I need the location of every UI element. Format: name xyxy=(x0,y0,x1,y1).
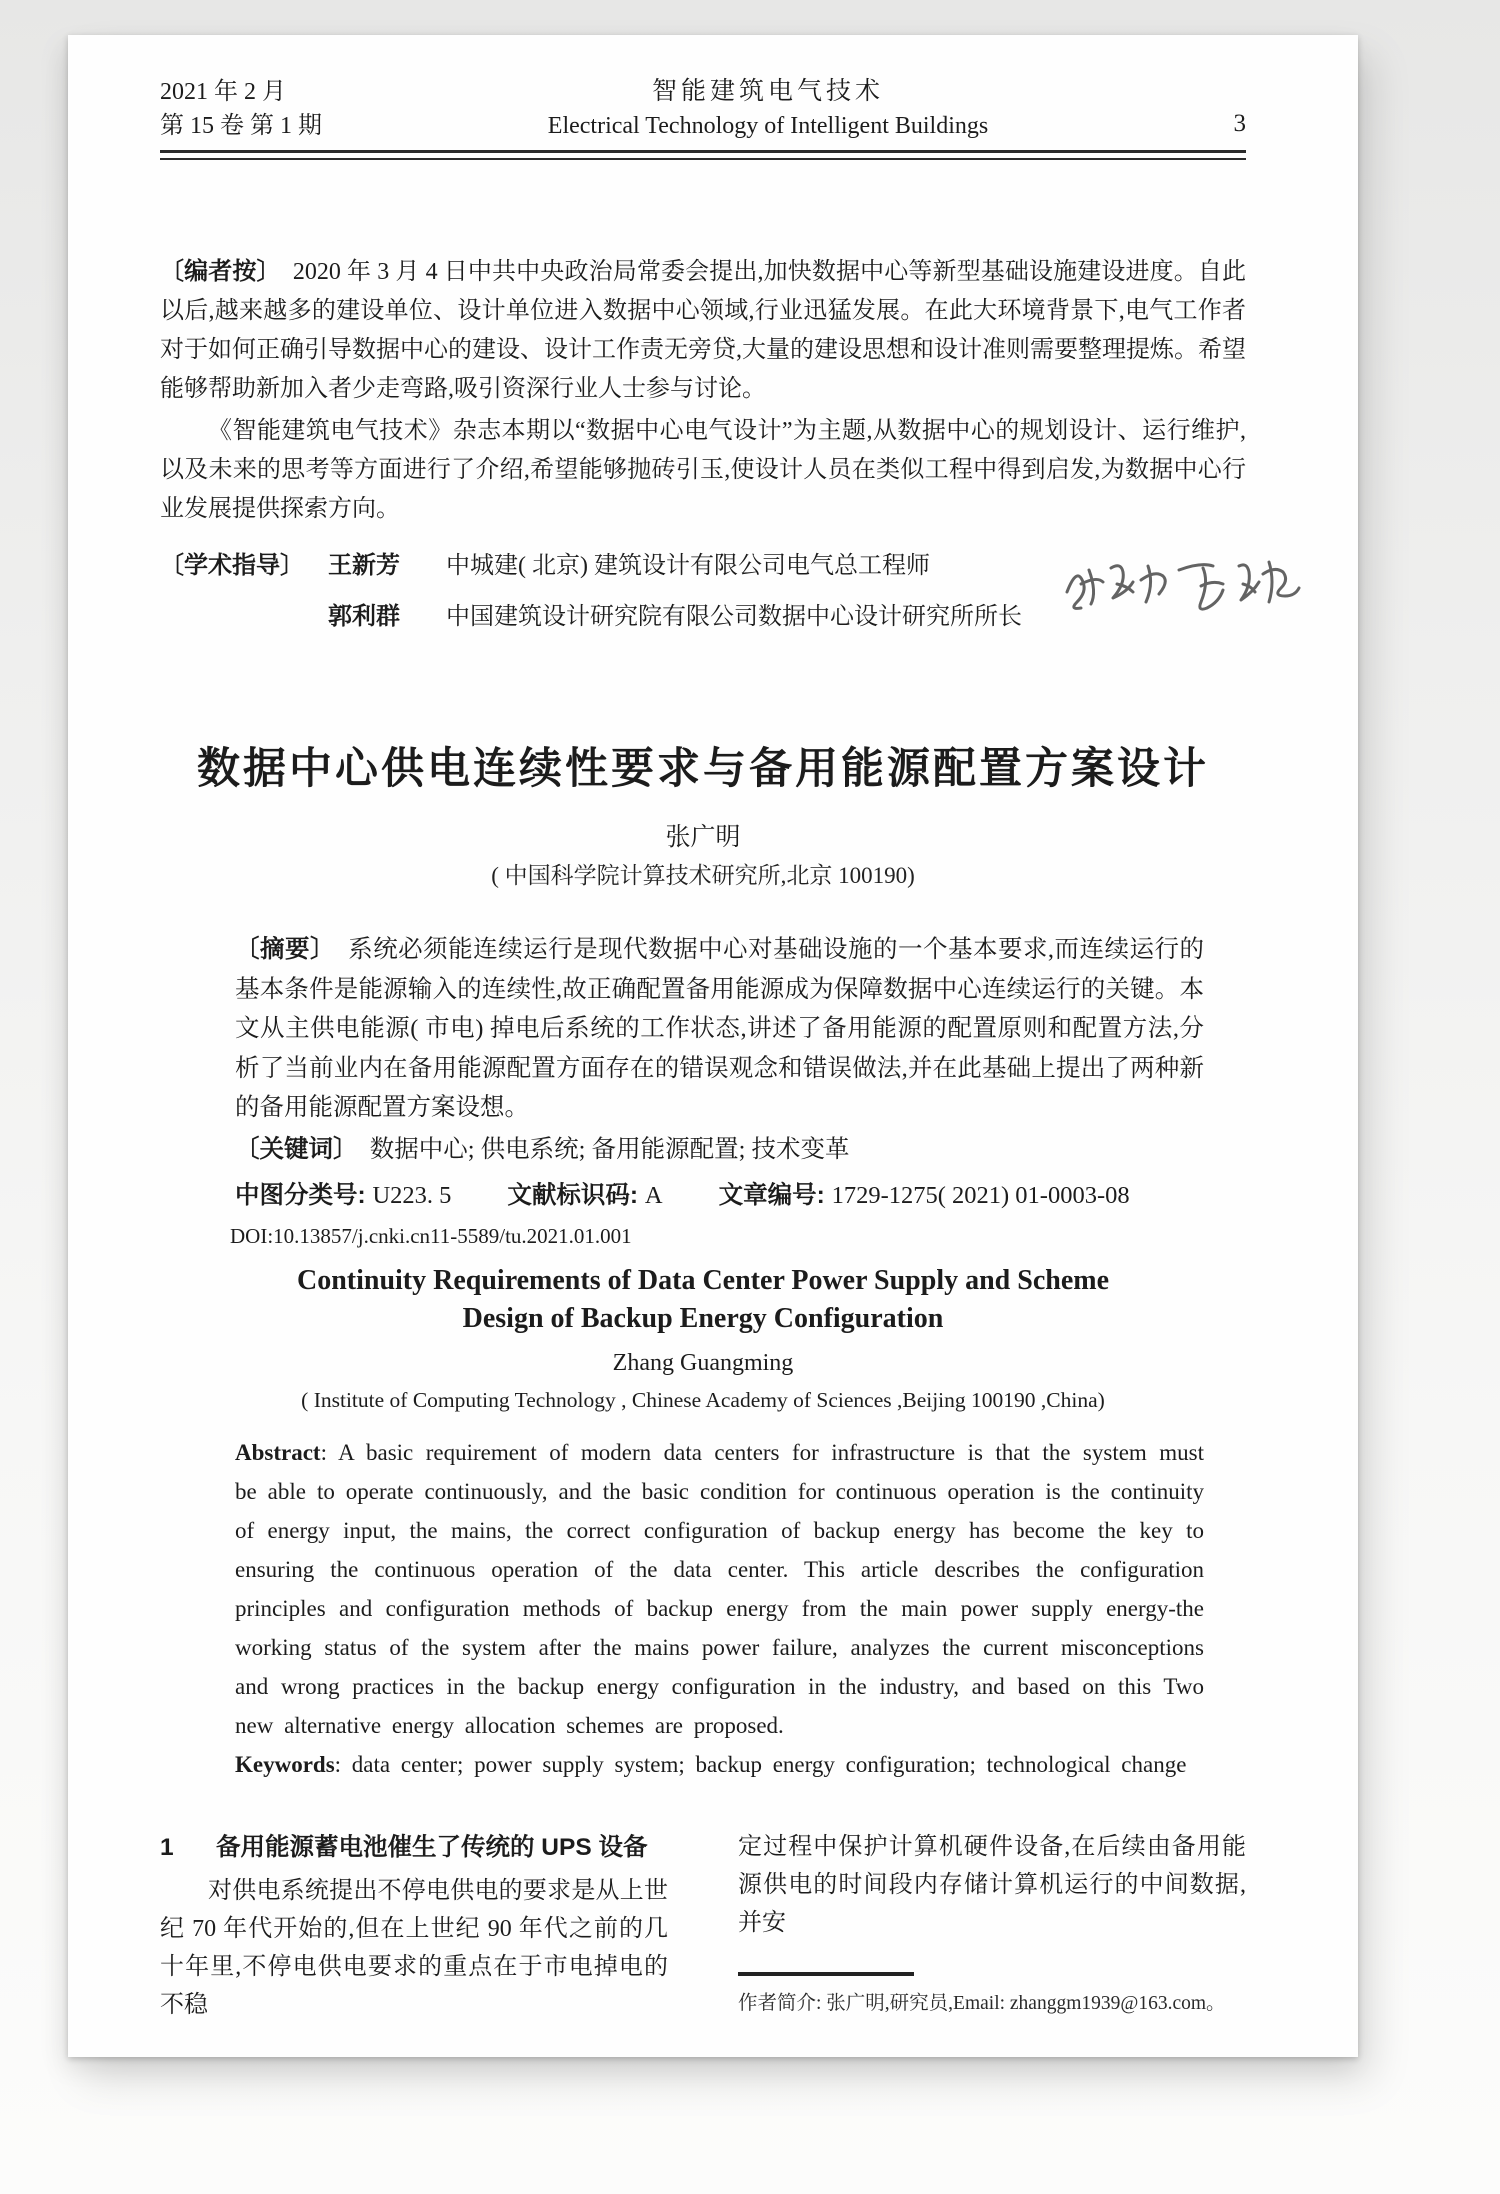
right-column: 定过程中保护计算机硬件设备,在后续由备用能源供电的时间段内存储计算机运行的中间数… xyxy=(738,1828,1246,2024)
clc-label: 中图分类号: xyxy=(235,1182,372,1209)
left-column-text: 对供电系统提出不停电供电的要求是从上世纪 70 年代开始的,但在上世纪 90 年… xyxy=(160,1872,668,2024)
keywords-en-text: : data center; power supply system; back… xyxy=(335,1752,1187,1777)
abstract-text: 系统必须能连续运行是现代数据中心对基础设施的一个基本要求,而连续运行的基本条件是… xyxy=(235,936,1204,1121)
page-content: 2021 年 2 月 第 15 卷 第 1 期 智能建筑电气技术 Electri… xyxy=(68,35,1296,2024)
doc-code-label: 文献标识码: xyxy=(507,1182,644,1209)
guidance-spacer xyxy=(160,596,328,638)
journal-header-left: 2021 年 2 月 第 15 卷 第 1 期 xyxy=(160,75,410,143)
handwritten-signature xyxy=(1053,540,1313,620)
doi: DOI:10.13857/j.cnki.cn11-5589/tu.2021.01… xyxy=(230,1220,1246,1252)
keywords-text: 数据中心; 供电系统; 备用能源配置; 技术变革 xyxy=(370,1136,850,1163)
clc-value: U223. 5 xyxy=(372,1182,451,1209)
article-no-label: 文章编号: xyxy=(719,1182,832,1209)
journal-header-center: 智能建筑电气技术 Electrical Technology of Intell… xyxy=(410,75,1126,143)
keywords-en-label: Keywords xyxy=(235,1752,335,1777)
journal-header: 2021 年 2 月 第 15 卷 第 1 期 智能建筑电气技术 Electri… xyxy=(160,75,1246,143)
guidance-label: 〔学术指导〕 xyxy=(160,545,328,587)
journal-date: 2021 年 2 月 xyxy=(160,75,410,109)
doc-code-value: A xyxy=(645,1182,663,1209)
section-1-number: 1 xyxy=(160,1828,216,1868)
keywords-label: 〔关键词〕 xyxy=(235,1136,358,1163)
editor-note-para2: 《智能建筑电气技术》杂志本期以“数据中心电气设计”为主题,从数据中心的规划设计、… xyxy=(160,412,1246,529)
classification-line: 中图分类号: U223. 5文献标识码: A文章编号: 1729-1275( 2… xyxy=(235,1175,1246,1217)
journal-page: 2021 年 2 月 第 15 卷 第 1 期 智能建筑电气技术 Electri… xyxy=(68,35,1358,2057)
editor-note-para1: 〔编者按〕 2020 年 3 月 4 日中共中央政治局常委会提出,加快数据中心等… xyxy=(160,252,1246,409)
author-bio: 作者简介: 张广明,研究员,Email: zhanggm1939@163.com… xyxy=(738,1990,1246,2018)
page-number: 3 xyxy=(1126,75,1246,141)
keywords-cn: 〔关键词〕 数据中心; 供电系统; 备用能源配置; 技术变革 xyxy=(235,1130,1204,1170)
article-author-cn: 张广明 xyxy=(160,820,1246,856)
abstract-en-label: Abstract xyxy=(235,1440,321,1465)
advisor-name: 郭利群 xyxy=(328,596,446,638)
article-no-value: 1729-1275( 2021) 01-0003-08 xyxy=(832,1182,1130,1209)
header-rule xyxy=(160,150,1246,160)
article-title-cn: 数据中心供电连续性要求与备用能源配置方案设计 xyxy=(160,742,1246,798)
right-column-text: 定过程中保护计算机硬件设备,在后续由备用能源供电的时间段内存储计算机运行的中间数… xyxy=(738,1828,1246,1942)
article-title-en: Continuity Requirements of Data Center P… xyxy=(160,1262,1246,1338)
article-affiliation-cn: ( 中国科学院计算技术研究所,北京 100190) xyxy=(160,860,1246,892)
left-column: 1备用能源蓄电池催生了传统的 UPS 设备 对供电系统提出不停电供电的要求是从上… xyxy=(160,1828,668,2024)
abstract-cn: 〔摘要〕 系统必须能连续运行是现代数据中心对基础设施的一个基本要求,而连续运行的… xyxy=(235,930,1204,1128)
article-author-en: Zhang Guangming xyxy=(160,1345,1246,1381)
advisor-name: 王新芳 xyxy=(328,545,446,587)
section-1-heading: 1备用能源蓄电池催生了传统的 UPS 设备 xyxy=(160,1828,668,1868)
journal-name-cn: 智能建筑电气技术 xyxy=(410,75,1126,109)
section-1-title: 备用能源蓄电池催生了传统的 UPS 设备 xyxy=(216,1834,648,1861)
screenshot-root: { "journal": { "date": "2021 年 2 月", "is… xyxy=(0,0,1500,2194)
editor-note-label: 〔编者按〕 xyxy=(160,258,281,285)
footnote-rule xyxy=(738,1972,914,1976)
title-en-line1: Continuity Requirements of Data Center P… xyxy=(160,1262,1246,1300)
abstract-en: Abstract: A basic requirement of modern … xyxy=(235,1433,1204,1784)
journal-issue: 第 15 卷 第 1 期 xyxy=(160,109,410,143)
editor-note-para1-text: 2020 年 3 月 4 日中共中央政治局常委会提出,加快数据中心等新型基础设施… xyxy=(160,259,1246,402)
body-columns: 1备用能源蓄电池催生了传统的 UPS 设备 对供电系统提出不停电供电的要求是从上… xyxy=(160,1828,1246,2024)
advisor-title: 中国建筑设计研究院有限公司数据中心设计研究所所长 xyxy=(446,596,1022,638)
abstract-en-text: : A basic requirement of modern data cen… xyxy=(235,1440,1204,1738)
title-en-line2: Design of Backup Energy Configuration xyxy=(160,1300,1246,1338)
journal-name-en: Electrical Technology of Intelligent Bui… xyxy=(410,109,1126,143)
article-affiliation-en: ( Institute of Computing Technology , Ch… xyxy=(160,1383,1246,1417)
advisor-title: 中城建( 北京) 建筑设计有限公司电气总工程师 xyxy=(446,545,930,587)
editor-note: 〔编者按〕 2020 年 3 月 4 日中共中央政治局常委会提出,加快数据中心等… xyxy=(160,252,1246,529)
abstract-label: 〔摘要〕 xyxy=(235,936,335,963)
